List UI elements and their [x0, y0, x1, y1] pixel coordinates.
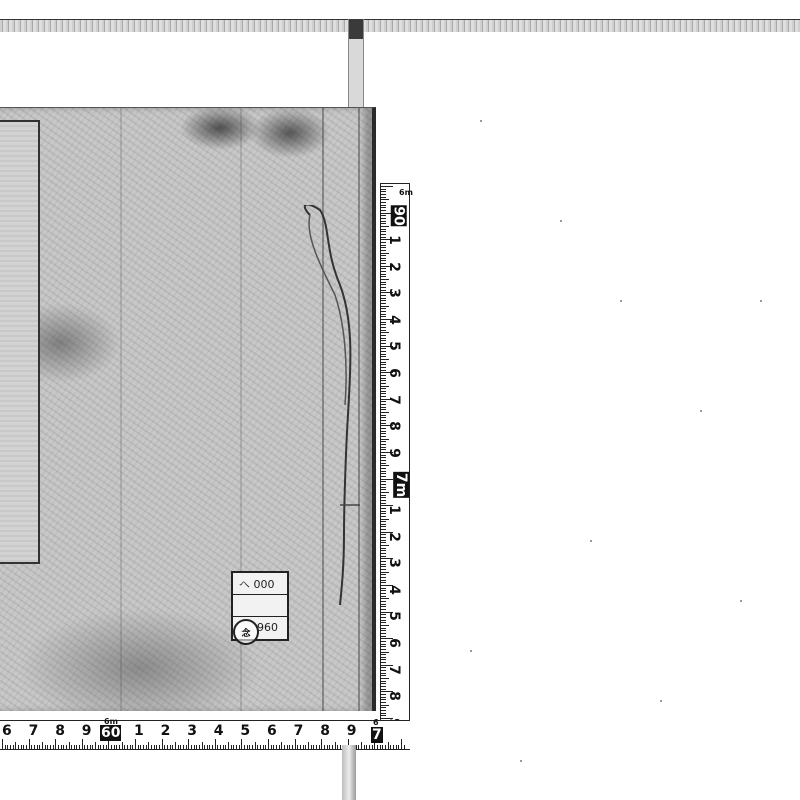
ruler-tick — [381, 628, 386, 629]
ruler-tick — [223, 745, 224, 749]
ruler-tick — [95, 742, 96, 749]
ruler-tick — [381, 636, 386, 637]
ruler-tick — [295, 739, 296, 749]
ruler-tick — [220, 745, 221, 749]
ruler-tick — [116, 745, 117, 749]
ruler-tick — [381, 356, 386, 357]
ruler-tick — [180, 745, 181, 749]
ruler-tick — [381, 471, 386, 472]
ruler-tick — [335, 742, 336, 749]
ruler-tick — [381, 516, 386, 517]
ruler-tick — [393, 745, 394, 749]
ruler-label-boxed: 60 — [100, 725, 121, 741]
ruler-tick — [381, 572, 389, 573]
ruler-tick — [148, 742, 149, 749]
ruler-tick — [244, 745, 245, 749]
ruler-tick — [55, 739, 56, 749]
ruler-tick — [381, 529, 386, 530]
ruler-tick — [225, 745, 226, 749]
ruler-tick — [381, 633, 386, 634]
ruler-tick — [382, 745, 383, 749]
ruler-tick — [249, 745, 250, 749]
ruler-tick — [381, 362, 386, 363]
ruler-tick — [381, 226, 389, 227]
ruler-number: 7 — [29, 723, 39, 739]
ruler-tick — [381, 415, 386, 416]
ruler-tick — [381, 707, 386, 708]
ruler-tick — [279, 745, 280, 749]
title-slip — [0, 120, 40, 564]
dust-speck — [740, 600, 742, 602]
ruler-tick — [92, 745, 93, 749]
ruler-tick — [381, 630, 386, 631]
ruler-tick — [381, 481, 386, 482]
ruler-tick — [381, 218, 386, 219]
ruler-tick — [381, 495, 386, 496]
ownership-seal: 念 — [233, 619, 259, 645]
ruler-tick — [146, 745, 147, 749]
ruler-tick — [340, 745, 341, 749]
ruler-tick — [381, 460, 386, 461]
ruler-tick — [273, 745, 274, 749]
ruler-tick — [381, 542, 386, 543]
ruler-tick — [319, 745, 320, 749]
ruler-tick — [79, 745, 80, 749]
ruler-tick — [381, 247, 386, 248]
ruler-tick — [202, 742, 203, 749]
ruler-number: 9 — [82, 723, 92, 739]
ruler-tick — [159, 745, 160, 749]
ruler-tick — [381, 332, 389, 333]
ruler-tick — [321, 739, 322, 749]
ruler-number: 7 — [294, 723, 304, 739]
ruler-tick — [84, 745, 85, 749]
ruler-tick — [156, 745, 157, 749]
ruler-tick — [316, 745, 317, 749]
ruler-tick — [178, 745, 179, 749]
ruler-number: 7 — [386, 395, 402, 405]
ruler-tick — [164, 745, 165, 749]
ruler-unit: 6 — [373, 718, 379, 727]
ruler-tick — [87, 745, 88, 749]
ruler-tick — [381, 574, 386, 575]
ruler-number: 5 — [386, 612, 402, 622]
ruler-unit: 6m — [104, 717, 118, 726]
top-binding-strip — [0, 19, 800, 32]
ruler-number: 9 — [386, 448, 402, 458]
dust-speck — [470, 650, 472, 652]
ruler-tick — [381, 465, 389, 466]
ruler-tick — [381, 308, 386, 309]
ruler-tick — [381, 351, 386, 352]
ruler-tick — [271, 745, 272, 749]
ruler-tick — [172, 745, 173, 749]
ruler-tick — [381, 659, 386, 660]
ruler-tick — [381, 327, 386, 328]
ruler-tick — [191, 745, 192, 749]
ruler-tick — [381, 215, 386, 216]
ruler-tick — [188, 739, 189, 749]
ruler-tick — [381, 409, 386, 410]
ruler-tick — [111, 745, 112, 749]
ruler-tick — [297, 745, 298, 749]
ruler-tick — [381, 444, 386, 445]
ruler-tick — [381, 279, 389, 280]
ruler-tick — [122, 742, 123, 749]
ruler-tick — [381, 433, 386, 434]
ruler-tick — [183, 745, 184, 749]
ruler-tick — [241, 739, 242, 749]
ruler-tick — [381, 580, 386, 581]
ruler-tick — [31, 745, 32, 749]
ruler-tick — [209, 745, 210, 749]
ruler-tick — [381, 223, 386, 224]
ruler-tick — [5, 745, 6, 749]
ruler-tick — [381, 250, 386, 251]
dust-speck — [760, 300, 762, 302]
ruler-tick — [381, 303, 386, 304]
ruler-number: 3 — [386, 288, 402, 298]
ruler-tick — [327, 745, 328, 749]
ruler-tick — [381, 199, 389, 200]
ruler-tick — [381, 359, 389, 360]
ruler-tick — [63, 745, 64, 749]
ruler-tick — [212, 745, 213, 749]
ruler-tick — [332, 745, 333, 749]
ruler-number: 6 — [2, 723, 12, 739]
ruler-tick — [329, 745, 330, 749]
ruler-tick — [381, 519, 389, 520]
ruler-tick — [381, 388, 386, 389]
ruler-tick — [204, 745, 205, 749]
ruler-tick — [381, 284, 386, 285]
ruler-tick — [29, 739, 30, 749]
ruler-tick — [162, 739, 163, 749]
ruler-tick — [381, 526, 386, 527]
dust-speck — [620, 300, 622, 302]
ruler-tick — [381, 609, 386, 610]
ruler-number: 9 — [347, 723, 357, 739]
dust-speck — [700, 410, 702, 412]
ruler-number: 2 — [386, 532, 402, 542]
ruler-tick — [381, 330, 386, 331]
ruler-number: 5 — [386, 342, 402, 352]
ruler-tick — [381, 386, 389, 387]
ruler-tick — [381, 391, 386, 392]
binding-tab-bottom — [342, 745, 356, 800]
ruler-tick — [381, 407, 386, 408]
ruler-tick — [114, 745, 115, 749]
ruler-tick — [381, 553, 386, 554]
ruler-tick — [381, 436, 386, 437]
ruler-tick — [381, 210, 386, 211]
ruler-tick — [364, 745, 365, 749]
dust-speck — [590, 540, 592, 542]
ruler-tick — [381, 683, 386, 684]
ruler-tick — [381, 253, 389, 254]
ruler-tick — [390, 745, 391, 749]
ruler-tick — [170, 745, 171, 749]
ruler-tick — [381, 221, 386, 222]
ruler-tick — [311, 745, 312, 749]
ruler-tick — [381, 186, 393, 187]
ruler-tick — [268, 739, 269, 749]
ruler-tick — [265, 745, 266, 749]
ruler-tick — [381, 300, 386, 301]
ruler-number: 8 — [55, 723, 65, 739]
ruler-tick — [381, 191, 386, 192]
ruler-number: 8 — [386, 691, 402, 701]
ruler-tick — [381, 705, 389, 706]
ruler-unit: 6m — [399, 188, 413, 197]
ruler-tick — [381, 258, 386, 259]
ruler-tick — [263, 745, 264, 749]
ruler-tick — [381, 681, 386, 682]
ruler-tick — [381, 311, 386, 312]
ruler-tick — [369, 745, 370, 749]
ruler-tick — [381, 497, 386, 498]
ruler-tick — [381, 715, 386, 716]
ruler-tick — [281, 742, 282, 749]
ruler-tick — [381, 255, 386, 256]
ruler-tick — [381, 207, 386, 208]
ruler-tick — [372, 745, 373, 749]
ruler-tick — [23, 745, 24, 749]
ruler-tick — [151, 745, 152, 749]
binding-string — [300, 205, 360, 605]
ruler-tick — [39, 745, 40, 749]
ruler-number: 2 — [161, 723, 171, 739]
paper-crease — [120, 108, 122, 711]
ruler-tick — [381, 713, 386, 714]
ruler-tick — [381, 383, 386, 384]
vertical-scale-ruler: 906m1234567897m123456789 — [380, 183, 410, 745]
ruler-tick — [61, 745, 62, 749]
ruler-tick — [252, 745, 253, 749]
ruler-tick — [106, 745, 107, 749]
ruler-tick — [74, 745, 75, 749]
ruler-number: 4 — [386, 315, 402, 325]
ruler-tick — [381, 354, 386, 355]
ruler-tick — [119, 745, 120, 749]
ruler-tick — [401, 739, 402, 749]
ruler-tick — [47, 745, 48, 749]
ruler-tick — [167, 745, 168, 749]
ruler-tick — [381, 189, 386, 190]
ruler-tick — [381, 577, 386, 578]
ruler-tick — [50, 745, 51, 749]
ruler-tick — [381, 556, 386, 557]
ruler-tick — [138, 745, 139, 749]
ruler-label-boxed: 90 — [391, 205, 407, 226]
ruler-tick — [381, 412, 389, 413]
ruler-tick — [42, 742, 43, 749]
ruler-tick — [381, 550, 386, 551]
ruler-tick — [381, 489, 386, 490]
ruler-tick — [45, 745, 46, 749]
ruler-tick — [381, 604, 386, 605]
ruler-tick — [381, 606, 386, 607]
ruler-tick — [228, 742, 229, 749]
ruler-tick — [381, 689, 386, 690]
dust-speck — [520, 760, 522, 762]
ruler-tick — [21, 745, 22, 749]
ruler-tick — [196, 745, 197, 749]
ruler-tick — [381, 686, 386, 687]
ruler-tick — [175, 742, 176, 749]
dust-speck — [480, 120, 482, 122]
ruler-tick — [381, 197, 386, 198]
binding-tab-top — [348, 19, 364, 109]
ruler-tick — [236, 745, 237, 749]
ruler-number: 6 — [386, 638, 402, 648]
ruler-number: 3 — [187, 723, 197, 739]
ruler-tick — [381, 231, 386, 232]
ruler-tick — [381, 306, 389, 307]
ruler-tick — [381, 463, 386, 464]
ruler-number: 8 — [386, 421, 402, 431]
ruler-tick — [381, 569, 386, 570]
ruler-tick — [313, 745, 314, 749]
ruler-tick — [300, 745, 301, 749]
ruler-tick — [82, 739, 83, 749]
ruler-tick — [53, 745, 54, 749]
ruler-tick — [186, 745, 187, 749]
ruler-tick — [396, 745, 397, 749]
ruler-tick — [324, 745, 325, 749]
ruler-tick — [18, 745, 19, 749]
ruler-tick — [13, 745, 14, 749]
ruler-tick — [194, 745, 195, 749]
ruler-tick — [71, 745, 72, 749]
ruler-tick — [381, 582, 386, 583]
ruler-tick — [381, 654, 386, 655]
ruler-tick — [289, 745, 290, 749]
ruler-tick — [100, 745, 101, 749]
ruler-label-boxed: 7m — [393, 472, 409, 498]
ruler-tick — [292, 745, 293, 749]
ruler-tick — [381, 596, 386, 597]
ruler-number: 8 — [320, 723, 330, 739]
ruler-tick — [76, 745, 77, 749]
ruler-tick — [381, 548, 386, 549]
ruler-tick — [381, 601, 386, 602]
dust-speck — [660, 700, 662, 702]
ruler-tick — [305, 745, 306, 749]
ruler-tick — [381, 194, 386, 195]
ruler-tick — [381, 500, 386, 501]
ruler-tick — [154, 745, 155, 749]
ruler-number: 2 — [386, 262, 402, 272]
ruler-tick — [381, 657, 386, 658]
ruler-tick — [199, 745, 200, 749]
ruler-tick — [247, 745, 248, 749]
ruler-tick — [303, 745, 304, 749]
ruler-tick — [135, 739, 136, 749]
ruler-tick — [366, 745, 367, 749]
ruler-tick — [381, 473, 386, 474]
ruler-tick — [381, 205, 386, 206]
ruler-tick — [2, 739, 3, 749]
ruler-tick — [381, 202, 386, 203]
ruler-tick — [381, 710, 386, 711]
ruler-label-boxed: 7 — [371, 727, 383, 743]
ruler-tick — [26, 745, 27, 749]
ruler-tick — [90, 745, 91, 749]
label-row-1: ヘ 000 — [233, 573, 287, 595]
ruler-tick — [7, 745, 8, 749]
ruler-tick — [207, 745, 208, 749]
ruler-number: 5 — [240, 723, 250, 739]
ruler-tick — [143, 745, 144, 749]
ruler-tick — [381, 439, 389, 440]
ruler-tick — [385, 745, 386, 749]
ruler-tick — [231, 745, 232, 749]
ruler-tick — [380, 745, 381, 749]
ruler-tick — [398, 745, 399, 749]
ruler-tick — [15, 742, 16, 749]
ruler-tick — [127, 745, 128, 749]
ruler-tick — [381, 702, 386, 703]
ruler-tick — [217, 745, 218, 749]
ruler-number: 4 — [214, 723, 224, 739]
ruler-number: 3 — [386, 558, 402, 568]
ruler-tick — [215, 739, 216, 749]
ruler-tick — [381, 545, 389, 546]
ruler-tick — [10, 745, 11, 749]
ruler-tick — [98, 745, 99, 749]
ruler-number: 1 — [134, 723, 144, 739]
ruler-tick — [132, 745, 133, 749]
ruler-tick — [257, 745, 258, 749]
ruler-tick — [381, 282, 386, 283]
ruler-tick — [381, 625, 389, 626]
ruler-tick — [103, 745, 104, 749]
ruler-number: 7 — [386, 665, 402, 675]
ruler-tick — [381, 364, 386, 365]
ruler-tick — [239, 745, 240, 749]
ruler-tick — [381, 229, 386, 230]
ruler-tick — [381, 335, 386, 336]
ruler-tick — [308, 742, 309, 749]
ruler-tick — [381, 649, 386, 650]
ruler-tick — [381, 524, 386, 525]
ruler-number: 1 — [386, 505, 402, 515]
ruler-tick — [37, 745, 38, 749]
ruler-tick — [140, 745, 141, 749]
ruler-tick — [381, 484, 386, 485]
ruler-tick — [381, 468, 386, 469]
ruler-tick — [381, 479, 393, 480]
ruler-tick — [381, 487, 386, 488]
ruler-tick — [276, 745, 277, 749]
ruler-tick — [66, 745, 67, 749]
ruler-tick — [381, 675, 386, 676]
ruler-tick — [388, 742, 389, 749]
ruler-tick — [381, 274, 386, 275]
ruler-tick — [260, 745, 261, 749]
ruler-tick — [58, 745, 59, 749]
ruler-tick — [381, 503, 386, 504]
ruler-tick — [381, 417, 386, 418]
ruler-tick — [381, 521, 386, 522]
ruler-tick — [381, 492, 389, 493]
ruler-tick — [337, 745, 338, 749]
ruler-tick — [381, 476, 386, 477]
ruler-tick — [255, 742, 256, 749]
ruler-tick — [381, 678, 389, 679]
dust-speck — [560, 220, 562, 222]
